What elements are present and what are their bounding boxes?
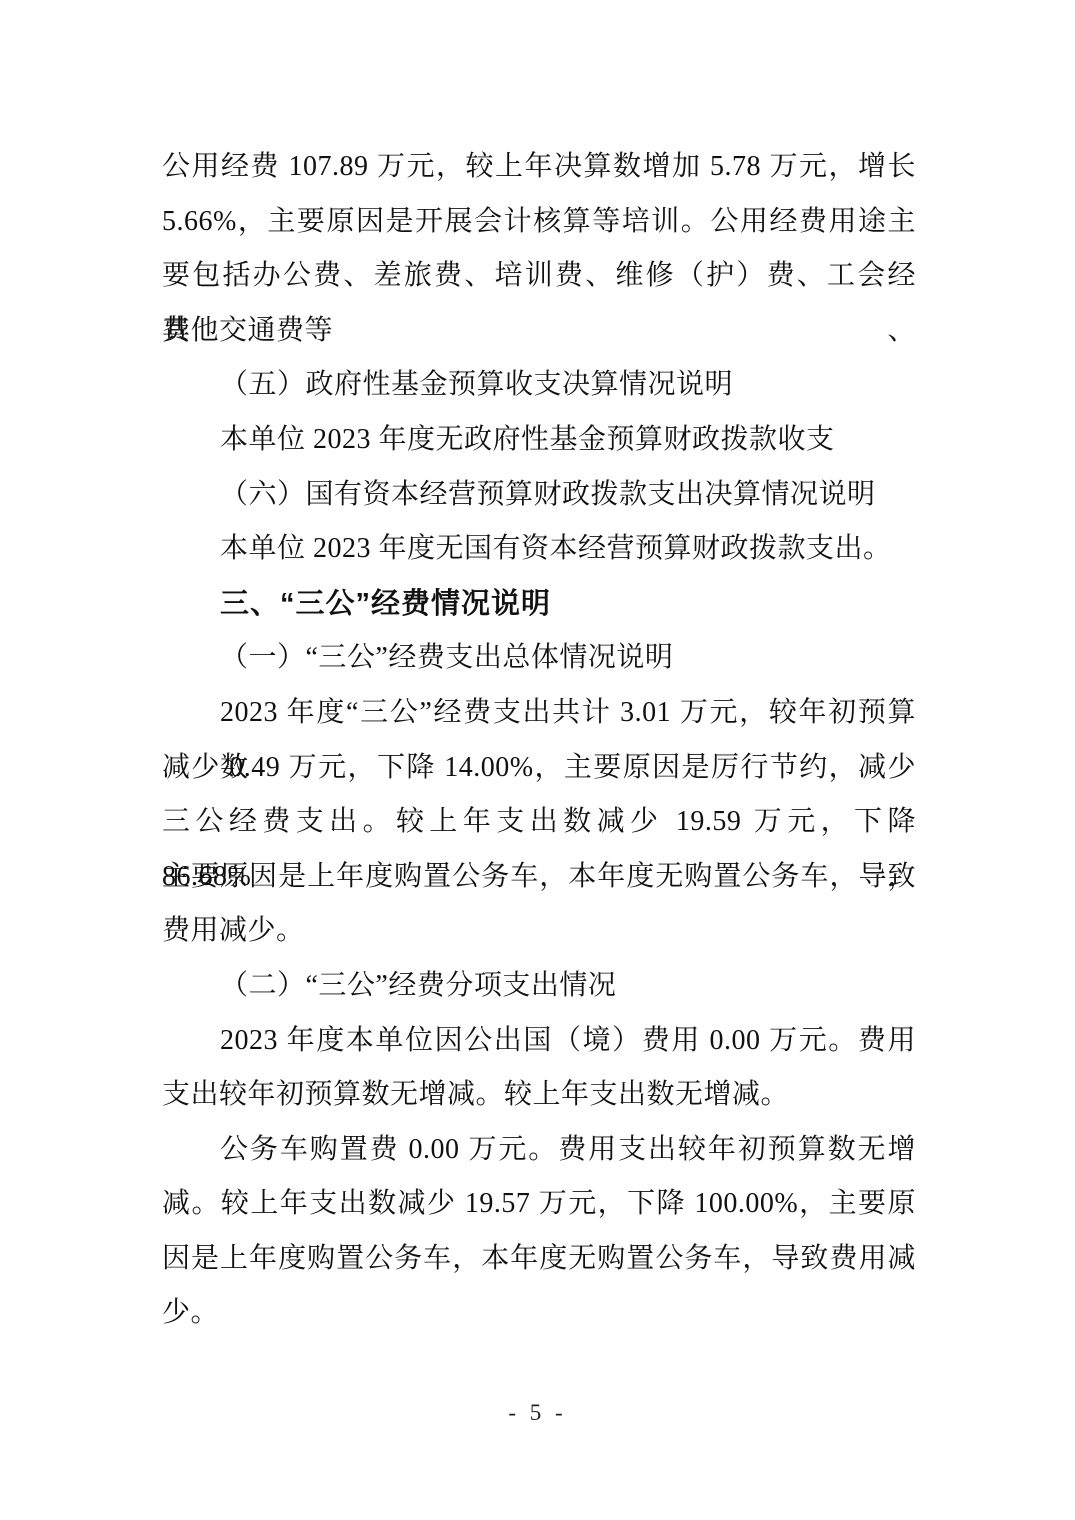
page-number: - 5 - xyxy=(0,1400,1075,1426)
document-line: （六）国有资本经营预算财政拨款支出决算情况说明 xyxy=(162,468,916,523)
document-line: 三、“三公”经费情况说明 xyxy=(162,577,916,632)
document-page: 公用经费 107.89 万元，较上年决算数增加 5.78 万元，增长5.66%，… xyxy=(0,0,1075,1520)
document-line: 本单位 2023 年度无政府性基金预算财政拨款收支 xyxy=(162,413,916,468)
document-line: 因是上年度购置公务车，本年度无购置公务车，导致费用减 xyxy=(162,1232,916,1287)
document-line: 支出较年初预算数无增减。较上年支出数无增减。 xyxy=(162,1068,916,1123)
document-line: 少。 xyxy=(162,1286,916,1341)
document-line: （一）“三公”经费支出总体情况说明 xyxy=(162,631,916,686)
document-line: 2023 年度本单位因公出国（境）费用 0.00 万元。费用 xyxy=(162,1014,916,1069)
document-line: 5.66%，主要原因是开展会计核算等培训。公用经费用途主 xyxy=(162,195,916,250)
document-line: （二）“三公”经费分项支出情况 xyxy=(162,959,916,1014)
document-line: 公务车购置费 0.00 万元。费用支出较年初预算数无增 xyxy=(162,1123,916,1178)
document-line: 公用经费 107.89 万元，较上年决算数增加 5.78 万元，增长 xyxy=(162,140,916,195)
document-line: 减。较上年支出数减少 19.57 万元，下降 100.00%，主要原 xyxy=(162,1177,916,1232)
document-line: 减少 0.49 万元，下降 14.00%，主要原因是厉行节约，减少 xyxy=(162,741,916,796)
document-line: 费用减少。 xyxy=(162,904,916,959)
document-line: 2023 年度“三公”经费支出共计 3.01 万元，较年初预算数 xyxy=(162,686,916,741)
document-line: 三公经费支出。较上年支出数减少 19.59 万元，下降 86.68%， xyxy=(162,795,916,850)
document-line: 本单位 2023 年度无国有资本经营预算财政拨款支出。 xyxy=(162,522,916,577)
document-body: 公用经费 107.89 万元，较上年决算数增加 5.78 万元，增长5.66%，… xyxy=(162,140,916,1341)
document-line: 主要原因是上年度购置公务车，本年度无购置公务车，导致 xyxy=(162,850,916,905)
document-line: （五）政府性基金预算收支决算情况说明 xyxy=(162,358,916,413)
document-line: 要包括办公费、差旅费、培训费、维修（护）费、工会经费、 xyxy=(162,249,916,304)
